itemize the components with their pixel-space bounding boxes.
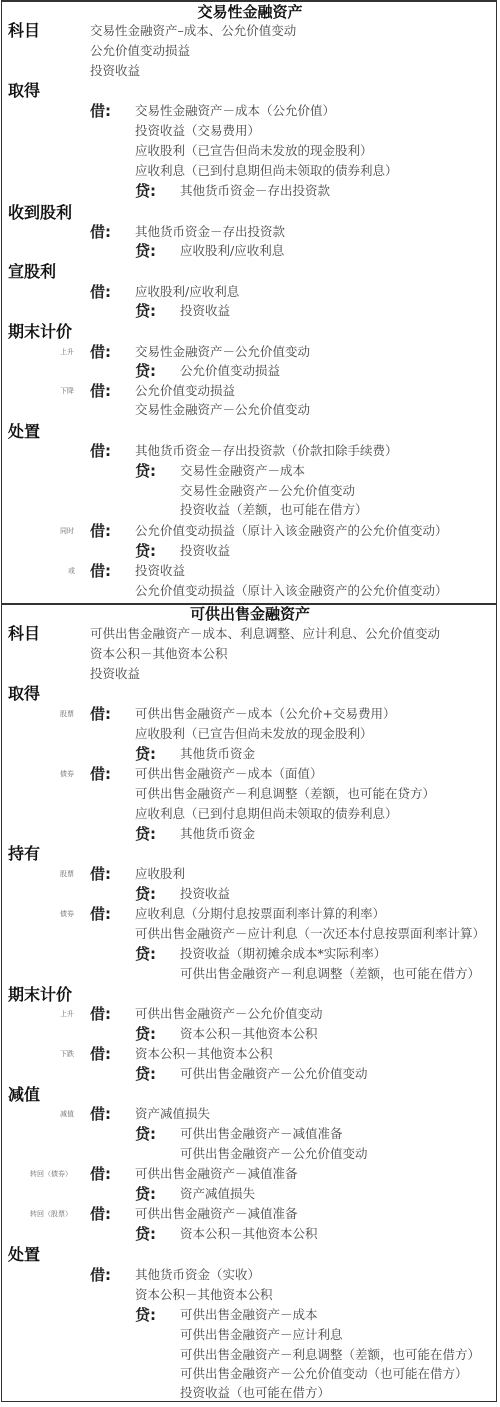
- credit-label: 贷:: [135, 461, 156, 481]
- entry-line: 交易性金融资产－公允价值变动: [180, 481, 355, 501]
- entry-line: 投资收益（也可能在借方）: [180, 1383, 330, 1403]
- note-label: 同时: [60, 521, 74, 541]
- debit-label: 借:: [90, 101, 111, 121]
- s2-acquire-heading: 取得: [8, 684, 40, 704]
- entry-line: 可供出售金融资产－成本（公允价+交易费用）: [135, 704, 395, 724]
- entry-line: 投资收益（交易费用）: [135, 121, 260, 141]
- debit-label: 借:: [90, 864, 111, 884]
- debit-label: 借:: [90, 561, 111, 581]
- debit-label: 借:: [90, 904, 111, 924]
- entry-line: 可供出售金融资产－减值准备: [135, 1164, 298, 1184]
- s1-subject-line: 公允价值变动损益: [90, 41, 190, 61]
- note-label: 上升: [60, 1004, 74, 1024]
- entry-line: 投资收益: [180, 301, 230, 321]
- debit-label: 借:: [90, 1044, 111, 1064]
- note-label: 股票: [60, 704, 74, 724]
- entry-line: 应收股利（已宣告但尚未发放的现金股利）: [135, 724, 373, 744]
- entry-line: 可供出售金融资产－利息调整（差额，也可能在贷方）: [135, 784, 435, 804]
- entry-line: 应收利息（分期付息按票面利率计算的利率）: [135, 904, 385, 924]
- entry-line: 可供出售金融资产－减值准备: [180, 1124, 343, 1144]
- note-label: 股票: [60, 864, 74, 884]
- debit-label: 借:: [90, 1004, 111, 1024]
- note-label: 下跌: [60, 1044, 74, 1064]
- note-label: 转回（股票）: [30, 1204, 72, 1224]
- entry-line: 可供出售金融资产－公允价值变动: [180, 1144, 368, 1164]
- entry-line: 公允价值变动损益: [180, 361, 280, 381]
- entry-line: 其他货币资金－存出投资款（价款扣除手续费）: [135, 441, 398, 461]
- credit-label: 贷:: [135, 241, 156, 261]
- s1-acquire-heading: 取得: [8, 81, 40, 101]
- s2-impairment-heading: 减值: [8, 1085, 40, 1105]
- s2-disposal-heading: 处置: [8, 1245, 40, 1265]
- debit-label: 借:: [90, 704, 111, 724]
- s1-declare-dividend-heading: 宣股利: [8, 262, 56, 282]
- credit-label: 贷:: [135, 1124, 156, 1144]
- note-label: 或: [68, 561, 75, 581]
- note-label: 债券: [60, 764, 74, 784]
- s2-holding-heading: 持有: [8, 844, 40, 864]
- s2-subjects-heading: 科目: [8, 624, 40, 644]
- entry-line: 其他货币资金（实收）: [135, 1265, 260, 1285]
- note-label: 减值: [60, 1104, 74, 1124]
- entry-line: 资本公积－其他资本公积: [180, 1024, 318, 1044]
- entry-line: 可供出售金融资产－利息调整（差额，也可能在借方）: [180, 964, 480, 984]
- entry-line: 投资收益: [180, 541, 230, 561]
- entry-line: 可供出售金融资产－应计利息（一次还本付息按票面利率计算）: [135, 924, 485, 944]
- entry-line: 可供出售金融资产－公允价值变动: [135, 1004, 323, 1024]
- entry-line: 可供出售金融资产－公允价值变动: [180, 1064, 368, 1084]
- credit-label: 贷:: [135, 541, 156, 561]
- debit-label: 借:: [90, 1265, 111, 1285]
- debit-label: 借:: [90, 381, 111, 401]
- entry-line: 可供出售金融资产－利息调整（差额，也可能在借方）: [180, 1345, 480, 1365]
- entry-line: 应收股利/应收利息: [180, 241, 284, 261]
- debit-label: 借:: [90, 1104, 111, 1124]
- entry-line: 资产减值损失: [135, 1104, 210, 1124]
- credit-label: 贷:: [135, 1184, 156, 1204]
- entry-line: 应收股利（已宣告但尚未发放的现金股利）: [135, 141, 373, 161]
- s1-subject-line: 交易性金融资产–成本、公允价值变动: [90, 21, 296, 41]
- s1-subjects-heading: 科目: [8, 21, 40, 41]
- entry-line: 公允价值变动损益（原计入该金融资产的公允价值变动）: [135, 581, 448, 601]
- credit-label: 贷:: [135, 1305, 156, 1325]
- credit-label: 贷:: [135, 884, 156, 904]
- section1-title: 交易性金融资产: [0, 2, 500, 22]
- s2-subject-line: 资本公积－其他资本公积: [90, 644, 228, 664]
- entry-line: 投资收益（差额，也可能在借方）: [180, 500, 368, 520]
- entry-line: 资本公积－其他资本公积: [135, 1285, 273, 1305]
- credit-label: 贷:: [135, 944, 156, 964]
- debit-label: 借:: [90, 1164, 111, 1184]
- entry-line: 投资收益: [135, 561, 185, 581]
- s1-period-end-heading: 期末计价: [8, 322, 72, 342]
- entry-line: 可供出售金融资产－公允价值变动（也可能在借方）: [180, 1364, 468, 1384]
- s1-receive-dividend-heading: 收到股利: [8, 203, 72, 223]
- section2-title: 可供出售金融资产: [0, 604, 500, 624]
- credit-label: 贷:: [135, 824, 156, 844]
- credit-label: 贷:: [135, 301, 156, 321]
- entry-line: 可供出售金融资产－成本（面值）: [135, 764, 323, 784]
- entry-line: 其他货币资金－存出投资款: [180, 181, 330, 201]
- note-label: 上升: [60, 342, 74, 362]
- debit-label: 借:: [90, 222, 111, 242]
- entry-line: 应收利息（已到付息期但尚未领取的债券利息）: [135, 161, 398, 181]
- credit-label: 贷:: [135, 1064, 156, 1084]
- note-label: 债券: [60, 904, 74, 924]
- s1-subject-line: 投资收益: [90, 61, 140, 81]
- credit-label: 贷:: [135, 361, 156, 381]
- note-label: 转回（债券）: [30, 1164, 72, 1184]
- entry-line: 应收利息（已到付息期但尚未领取的债券利息）: [135, 804, 398, 824]
- debit-label: 借:: [90, 764, 111, 784]
- entry-line: 交易性金融资产－成本: [180, 461, 305, 481]
- note-label: 下降: [60, 381, 74, 401]
- entry-line: 可供出售金融资产－应计利息: [180, 1325, 343, 1345]
- entry-line: 其他货币资金: [180, 824, 255, 844]
- entry-line: 投资收益（期初摊余成本*实际利率）: [180, 944, 386, 964]
- debit-label: 借:: [90, 441, 111, 461]
- entry-line: 可供出售金融资产－成本: [180, 1305, 318, 1325]
- debit-label: 借:: [90, 342, 111, 362]
- debit-label: 借:: [90, 521, 111, 541]
- credit-label: 贷:: [135, 744, 156, 764]
- entry-line: 可供出售金融资产－减值准备: [135, 1204, 298, 1224]
- entry-line: 公允价值变动损益（原计入该金融资产的公允价值变动）: [135, 521, 448, 541]
- debit-label: 借:: [90, 1204, 111, 1224]
- credit-label: 贷:: [135, 1224, 156, 1244]
- s2-subject-line: 可供出售金融资产－成本、利息调整、应计利息、公允价值变动: [90, 624, 440, 644]
- entry-line: 交易性金融资产－成本（公允价值）: [135, 101, 335, 121]
- s2-period-end-heading: 期末计价: [8, 985, 72, 1005]
- entry-line: 其他货币资金: [180, 744, 255, 764]
- credit-label: 贷:: [135, 181, 156, 201]
- entry-line: 资产减值损失: [180, 1184, 255, 1204]
- entry-line: 资本公积－其他资本公积: [180, 1224, 318, 1244]
- entry-line: 交易性金融资产－公允价值变动: [135, 342, 310, 362]
- s2-subject-line: 投资收益: [90, 664, 140, 684]
- entry-line: 投资收益: [180, 884, 230, 904]
- credit-label: 贷:: [135, 1024, 156, 1044]
- entry-line: 其他货币资金－存出投资款: [135, 222, 285, 242]
- entry-line: 应收股利: [135, 864, 185, 884]
- s1-disposal-heading: 处置: [8, 422, 40, 442]
- entry-line: 交易性金融资产－公允价值变动: [135, 400, 310, 420]
- entry-line: 公允价值变动损益: [135, 381, 235, 401]
- entry-line: 应收股利/应收利息: [135, 282, 239, 302]
- debit-label: 借:: [90, 282, 111, 302]
- entry-line: 资本公积－其他资本公积: [135, 1044, 273, 1064]
